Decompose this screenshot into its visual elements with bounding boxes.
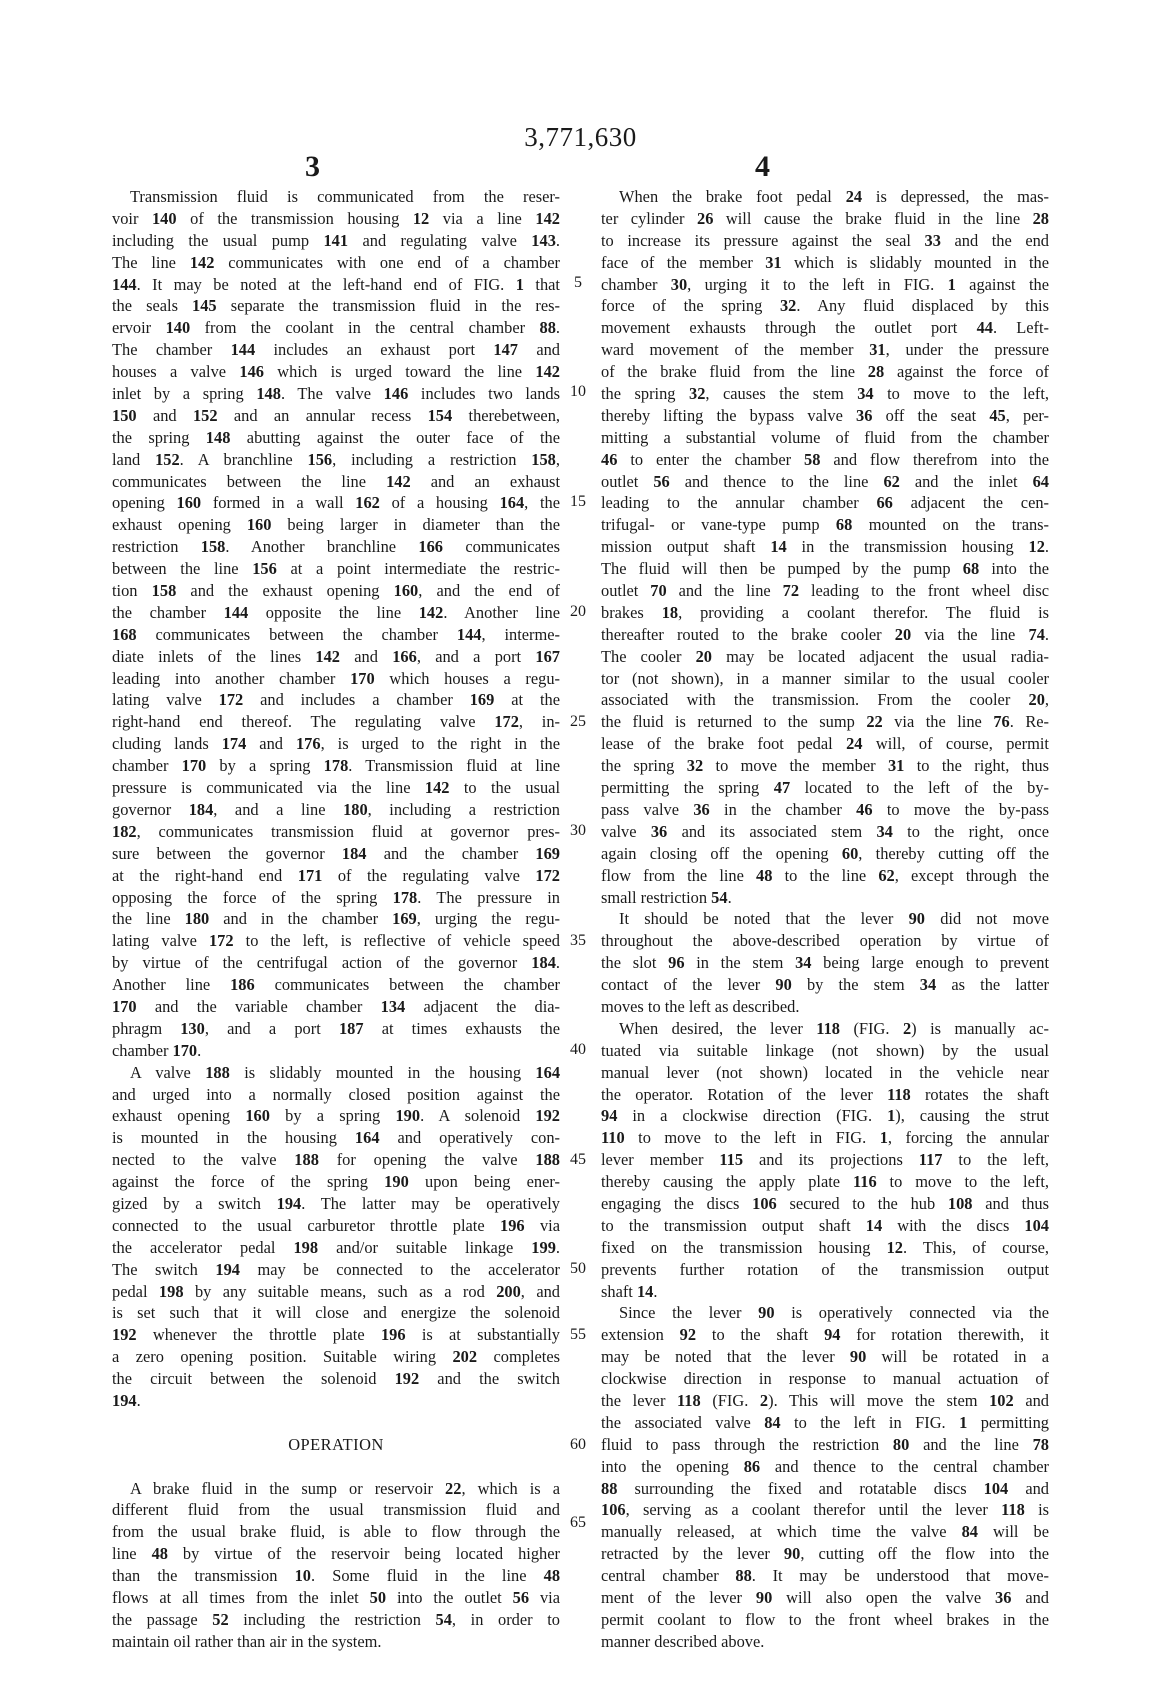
text-line: 46 to enter the chamber 58 and flow ther… <box>601 449 1049 471</box>
line-number: 65 <box>563 1514 593 1532</box>
text-line: different fluid from the usual transmiss… <box>112 1499 560 1521</box>
text-line: 110 to move to the left in FIG. 1, forci… <box>601 1127 1049 1149</box>
text-line: The chamber 144 includes an exhaust port… <box>112 339 560 361</box>
text-line: by virtue of the centrifugal action of t… <box>112 952 560 974</box>
text-line: the circuit between the solenoid 192 and… <box>112 1368 560 1390</box>
line-number: 15 <box>563 493 593 511</box>
text-line: contact of the lever 90 by the stem 34 a… <box>601 974 1049 996</box>
text-line: restriction 158. Another branchline 166 … <box>112 536 560 558</box>
text-line: lating valve 172 and includes a chamber … <box>112 689 560 711</box>
text-line: a zero opening position. Suitable wiring… <box>112 1346 560 1368</box>
text-line: When the brake foot pedal 24 is depresse… <box>601 186 1049 208</box>
line-number: 40 <box>563 1041 593 1059</box>
text-line: chamber 170 by a spring 178. Transmissio… <box>112 755 560 777</box>
text-line: manner described above. <box>601 1631 1049 1653</box>
text-line: central chamber 88. It may be understood… <box>601 1565 1049 1587</box>
text-line: It should be noted that the lever 90 did… <box>601 908 1049 930</box>
text-line: manual lever (not shown) located in the … <box>601 1062 1049 1084</box>
text-line: fixed on the transmission housing 12. Th… <box>601 1237 1049 1259</box>
text-line: Since the lever 90 is operatively connec… <box>601 1302 1049 1324</box>
text-line: shaft 14. <box>601 1281 1049 1303</box>
text-line: the passage 52 including the restriction… <box>112 1609 560 1631</box>
text-line: lease of the brake foot pedal 24 will, o… <box>601 733 1049 755</box>
text-line: mission output shaft 14 in the transmiss… <box>601 536 1049 558</box>
text-line: flow from the line 48 to the line 62, ex… <box>601 865 1049 887</box>
text-line: into the opening 86 and thence to the ce… <box>601 1456 1049 1478</box>
text-line: and urged into a normally closed positio… <box>112 1084 560 1106</box>
text-line: thereby causing the apply plate 116 to m… <box>601 1171 1049 1193</box>
text-line: fluid to pass through the restriction 80… <box>601 1434 1049 1456</box>
text-line: 170 and the variable chamber 134 adjacen… <box>112 996 560 1018</box>
text-line: pass valve 36 in the chamber 46 to move … <box>601 799 1049 821</box>
text-line <box>112 1412 560 1434</box>
text-line: permitting the spring 47 located to the … <box>601 777 1049 799</box>
right-text-column: When the brake foot pedal 24 is depresse… <box>601 186 1049 1653</box>
line-number: 5 <box>563 274 593 292</box>
text-line: diate inlets of the lines 142 and 166, a… <box>112 646 560 668</box>
text-line: trifugal- or vane-type pump 68 mounted o… <box>601 514 1049 536</box>
text-line: prevents further rotation of the transmi… <box>601 1259 1049 1281</box>
text-line: gized by a switch 194. The latter may be… <box>112 1193 560 1215</box>
text-line: The cooler 20 may be located adjacent th… <box>601 646 1049 668</box>
text-line: engaging the discs 106 secured to the hu… <box>601 1193 1049 1215</box>
text-line: Another line 186 communicates between th… <box>112 974 560 996</box>
text-line: exhaust opening 160 by a spring 190. A s… <box>112 1105 560 1127</box>
text-line: ment of the lever 90 will also open the … <box>601 1587 1049 1609</box>
text-line: houses a valve 146 which is urged toward… <box>112 361 560 383</box>
text-line: permit coolant to flow to the front whee… <box>601 1609 1049 1631</box>
text-line: again closing off the opening 60, thereb… <box>601 843 1049 865</box>
text-line: may be noted that the lever 90 will be r… <box>601 1346 1049 1368</box>
patent-number: 3,771,630 <box>0 122 1161 153</box>
text-line: clockwise direction in response to manua… <box>601 1368 1049 1390</box>
line-number: 55 <box>563 1326 593 1344</box>
text-line: right-hand end thereof. The regulating v… <box>112 711 560 733</box>
text-line: face of the member 31 which is slidably … <box>601 252 1049 274</box>
text-line: extension 92 to the shaft 94 for rotatio… <box>601 1324 1049 1346</box>
text-line: retracted by the lever 90, cutting off t… <box>601 1543 1049 1565</box>
text-line: force of the spring 32. Any fluid displa… <box>601 295 1049 317</box>
text-line: 150 and 152 and an annular recess 154 th… <box>112 405 560 427</box>
text-line: the lever 118 (FIG. 2). This will move t… <box>601 1390 1049 1412</box>
text-line: is set such that it will close and energ… <box>112 1302 560 1324</box>
text-line: chamber 30, urging it to the left in FIG… <box>601 274 1049 296</box>
text-line: the associated valve 84 to the left in F… <box>601 1412 1049 1434</box>
text-line: tion 158 and the exhaust opening 160, an… <box>112 580 560 602</box>
text-line: the chamber 144 opposite the line 142. A… <box>112 602 560 624</box>
text-line: small restriction 54. <box>601 887 1049 909</box>
text-line: 192 whenever the throttle plate 196 is a… <box>112 1324 560 1346</box>
text-line: 106, serving as a coolant therefor until… <box>601 1499 1049 1521</box>
text-line: ervoir 140 from the coolant in the centr… <box>112 317 560 339</box>
text-line: the accelerator pedal 198 and/or suitabl… <box>112 1237 560 1259</box>
text-line: governor 184, and a line 180, including … <box>112 799 560 821</box>
text-line: cluding lands 174 and 176, is urged to t… <box>112 733 560 755</box>
text-line: pressure is communicated via the line 14… <box>112 777 560 799</box>
text-line: valve 36 and its associated stem 34 to t… <box>601 821 1049 843</box>
text-line: tor (not shown), in a manner similar to … <box>601 668 1049 690</box>
text-line: Transmission fluid is communicated from … <box>112 186 560 208</box>
left-text-column: Transmission fluid is communicated from … <box>112 186 560 1653</box>
text-line: ward movement of the member 31, under th… <box>601 339 1049 361</box>
line-number: 30 <box>563 822 593 840</box>
text-line: the spring 32, causes the stem 34 to mov… <box>601 383 1049 405</box>
text-line: to the transmission output shaft 14 with… <box>601 1215 1049 1237</box>
text-line: When desired, the lever 118 (FIG. 2) is … <box>601 1018 1049 1040</box>
text-line: nected to the valve 188 for opening the … <box>112 1149 560 1171</box>
text-line: 94 in a clockwise direction (FIG. 1), ca… <box>601 1105 1049 1127</box>
line-number: 50 <box>563 1260 593 1278</box>
text-line: inlet by a spring 148. The valve 146 inc… <box>112 383 560 405</box>
text-line: line 48 by virtue of the reservoir being… <box>112 1543 560 1565</box>
text-line: pedal 198 by any suitable means, such as… <box>112 1281 560 1303</box>
text-line: ter cylinder 26 will cause the brake flu… <box>601 208 1049 230</box>
text-line: The switch 194 may be connected to the a… <box>112 1259 560 1281</box>
text-line <box>112 1456 560 1478</box>
text-line: communicates between the line 142 and an… <box>112 471 560 493</box>
text-line: leading to the annular chamber 66 adjace… <box>601 492 1049 514</box>
text-line: than the transmission 10. Some fluid in … <box>112 1565 560 1587</box>
text-line: the spring 148 abutting against the oute… <box>112 427 560 449</box>
text-line: A valve 188 is slidably mounted in the h… <box>112 1062 560 1084</box>
text-line: manually released, at which time the val… <box>601 1521 1049 1543</box>
text-line: at the right-hand end 171 of the regulat… <box>112 865 560 887</box>
text-line: tuated via suitable linkage (not shown) … <box>601 1040 1049 1062</box>
text-line: from the usual brake fluid, is able to f… <box>112 1521 560 1543</box>
text-line: between the line 156 at a point intermed… <box>112 558 560 580</box>
text-line: movement exhausts through the outlet por… <box>601 317 1049 339</box>
text-line: 88 surrounding the fixed and rotatable d… <box>601 1478 1049 1500</box>
text-line: opposing the force of the spring 178. Th… <box>112 887 560 909</box>
line-number: 45 <box>563 1151 593 1169</box>
text-line: the slot 96 in the stem 34 being large e… <box>601 952 1049 974</box>
text-line: outlet 70 and the line 72 leading to the… <box>601 580 1049 602</box>
right-column-number: 4 <box>755 150 770 184</box>
text-line: mitting a substantial volume of fluid fr… <box>601 427 1049 449</box>
text-line: maintain oil rather than air in the syst… <box>112 1631 560 1653</box>
text-line: The line 142 communicates with one end o… <box>112 252 560 274</box>
text-line: thereafter routed to the brake cooler 20… <box>601 624 1049 646</box>
text-line: is mounted in the housing 164 and operat… <box>112 1127 560 1149</box>
text-line: throughout the above-described operation… <box>601 930 1049 952</box>
text-line: sure between the governor 184 and the ch… <box>112 843 560 865</box>
text-line: the line 180 and in the chamber 169, urg… <box>112 908 560 930</box>
text-line: brakes 18, providing a coolant therefor.… <box>601 602 1049 624</box>
text-line: flows at all times from the inlet 50 int… <box>112 1587 560 1609</box>
text-line: land 152. A branchline 156, including a … <box>112 449 560 471</box>
text-line: A brake fluid in the sump or reservoir 2… <box>112 1478 560 1500</box>
text-line: to increase its pressure against the sea… <box>601 230 1049 252</box>
text-line: 194. <box>112 1390 560 1412</box>
left-column-number: 3 <box>305 150 320 184</box>
text-line: chamber 170. <box>112 1040 560 1062</box>
text-line: 168 communicates between the chamber 144… <box>112 624 560 646</box>
text-line: outlet 56 and thence to the line 62 and … <box>601 471 1049 493</box>
text-line: phragm 130, and a port 187 at times exha… <box>112 1018 560 1040</box>
text-line: moves to the left as described. <box>601 996 1049 1018</box>
text-line: lating valve 172 to the left, is reflect… <box>112 930 560 952</box>
text-line: associated with the transmission. From t… <box>601 689 1049 711</box>
text-line: 144. It may be noted at the left-hand en… <box>112 274 560 296</box>
text-line: thereby lifting the bypass valve 36 off … <box>601 405 1049 427</box>
text-line: connected to the usual carburetor thrott… <box>112 1215 560 1237</box>
line-number: 20 <box>563 603 593 621</box>
section-heading: OPERATION <box>112 1434 560 1456</box>
line-number: 10 <box>563 383 593 401</box>
text-line: The fluid will then be pumped by the pum… <box>601 558 1049 580</box>
line-number: 35 <box>563 932 593 950</box>
text-line: opening 160 formed in a wall 162 of a ho… <box>112 492 560 514</box>
text-line: lever member 115 and its projections 117… <box>601 1149 1049 1171</box>
text-line: the seals 145 separate the transmission … <box>112 295 560 317</box>
text-line: of the brake fluid from the line 28 agai… <box>601 361 1049 383</box>
line-number: 25 <box>563 713 593 731</box>
text-line: exhaust opening 160 being larger in diam… <box>112 514 560 536</box>
text-line: the spring 32 to move the member 31 to t… <box>601 755 1049 777</box>
text-line: voir 140 of the transmission housing 12 … <box>112 208 560 230</box>
text-line: 182, communicates transmission fluid at … <box>112 821 560 843</box>
text-line: leading into another chamber 170 which h… <box>112 668 560 690</box>
text-line: the operator. Rotation of the lever 118 … <box>601 1084 1049 1106</box>
line-number: 60 <box>563 1436 593 1454</box>
text-line: against the force of the spring 190 upon… <box>112 1171 560 1193</box>
text-line: the fluid is returned to the sump 22 via… <box>601 711 1049 733</box>
text-line: including the usual pump 141 and regulat… <box>112 230 560 252</box>
